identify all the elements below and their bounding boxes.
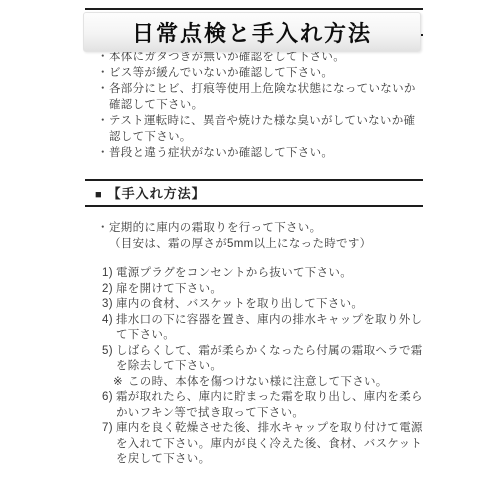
dot-bullet-icon: ・ xyxy=(97,113,109,145)
manual-page: 日常点検と手入れ方法 ■【点検方法】 ・ 本体にガタつきが無いか確認をして下さい… xyxy=(0,8,500,500)
square-bullet-icon: ■ xyxy=(95,189,103,201)
step-number: 4) xyxy=(102,313,116,344)
caution-note: ※ この時、本体を傷つけない様に注意して下さい。 xyxy=(102,375,424,391)
step-number: 3) xyxy=(102,297,116,313)
inspection-bullet-list: ・ 本体にガタつきが無いか確認をして下さい。 ・ ビス等が緩んでいないか確認して… xyxy=(97,49,419,161)
step-number: 1) xyxy=(102,266,116,282)
step-text: 排水口の下に容器を置き、庫内の排水キャップを取り外して下さい。 xyxy=(116,313,424,344)
list-item: ・ 定期的に庫内の霜取りを行って下さい。 xyxy=(97,220,419,236)
list-item-text: ビス等が緩んでいないか確認して下さい。 xyxy=(109,65,419,81)
step-text: 扉を開けて下さい。 xyxy=(116,282,424,298)
care-bullet-list: ・ 定期的に庫内の霜取りを行って下さい。 xyxy=(97,220,419,236)
dot-bullet-icon: ・ xyxy=(97,65,109,81)
step-number: 5) xyxy=(102,344,116,375)
step-item: 6) 霜が取れたら、庫内に貯まった霜を取り出し、庫内を柔らかいフキン等で拭き取っ… xyxy=(102,390,424,421)
list-item: ・ 各部分にヒビ、打痕等使用上危険な状態になっていないか確認して下さい。 xyxy=(97,81,419,113)
step-number: 7) xyxy=(102,421,116,468)
step-text: 庫内の食材、バスケットを取り出して下さい。 xyxy=(116,297,424,313)
list-item: ・ 普段と違う症状がないか確認して下さい。 xyxy=(97,145,419,161)
step-text: 電源プラグをコンセントから抜いて下さい。 xyxy=(116,266,424,282)
list-item: ・ テスト運転時に、異音や焼けた様な臭いがしていないか確認して下さい。 xyxy=(97,113,419,145)
section-header-care: ■【手入れ方法】 xyxy=(85,179,423,207)
step-text: この時、本体を傷つけない様に注意して下さい。 xyxy=(128,375,424,391)
list-item-text: 定期的に庫内の霜取りを行って下さい。 xyxy=(109,220,419,236)
frost-thickness-note: （目安は、霜の厚さが5mm以上になった時です） xyxy=(109,236,419,252)
page-title: 日常点検と手入れ方法 xyxy=(132,17,372,48)
care-step-list: 1) 電源プラグをコンセントから抜いて下さい。 2) 扉を開けて下さい。 3) … xyxy=(102,266,424,468)
step-text: しばらくして、霜が柔らかくなったら付属の霜取ヘラで霜を除去して下さい。 xyxy=(116,344,424,375)
list-item: ・ ビス等が緩んでいないか確認して下さい。 xyxy=(97,65,419,81)
dot-bullet-icon: ・ xyxy=(97,81,109,113)
page-title-bar: 日常点検と手入れ方法 xyxy=(83,12,421,52)
step-item: 1) 電源プラグをコンセントから抜いて下さい。 xyxy=(102,266,424,282)
step-number: 6) xyxy=(102,390,116,421)
step-item: 7) 庫内を良く乾燥させた後、排水キャップを取り付けて電源を入れて下さい。庫内が… xyxy=(102,421,424,468)
step-text: 庫内を良く乾燥させた後、排水キャップを取り付けて電源を入れて下さい。庫内が良く冷… xyxy=(116,421,424,468)
step-item: 3) 庫内の食材、バスケットを取り出して下さい。 xyxy=(102,297,424,313)
step-item: 2) 扉を開けて下さい。 xyxy=(102,282,424,298)
reference-mark-icon: ※ xyxy=(113,375,128,391)
step-item: 5) しばらくして、霜が柔らかくなったら付属の霜取ヘラで霜を除去して下さい。 xyxy=(102,344,424,375)
step-text: 霜が取れたら、庫内に貯まった霜を取り出し、庫内を柔らかいフキン等で拭き取って下さ… xyxy=(116,390,424,421)
list-item-text: テスト運転時に、異音や焼けた様な臭いがしていないか確認して下さい。 xyxy=(109,113,419,145)
step-number: 2) xyxy=(102,282,116,298)
dot-bullet-icon: ・ xyxy=(97,220,109,236)
list-item-text: 各部分にヒビ、打痕等使用上危険な状態になっていないか確認して下さい。 xyxy=(109,81,419,113)
step-item: 4) 排水口の下に容器を置き、庫内の排水キャップを取り外して下さい。 xyxy=(102,313,424,344)
list-item-text: 普段と違う症状がないか確認して下さい。 xyxy=(109,145,419,161)
section-heading-text: 【手入れ方法】 xyxy=(108,186,206,201)
dot-bullet-icon: ・ xyxy=(97,145,109,161)
